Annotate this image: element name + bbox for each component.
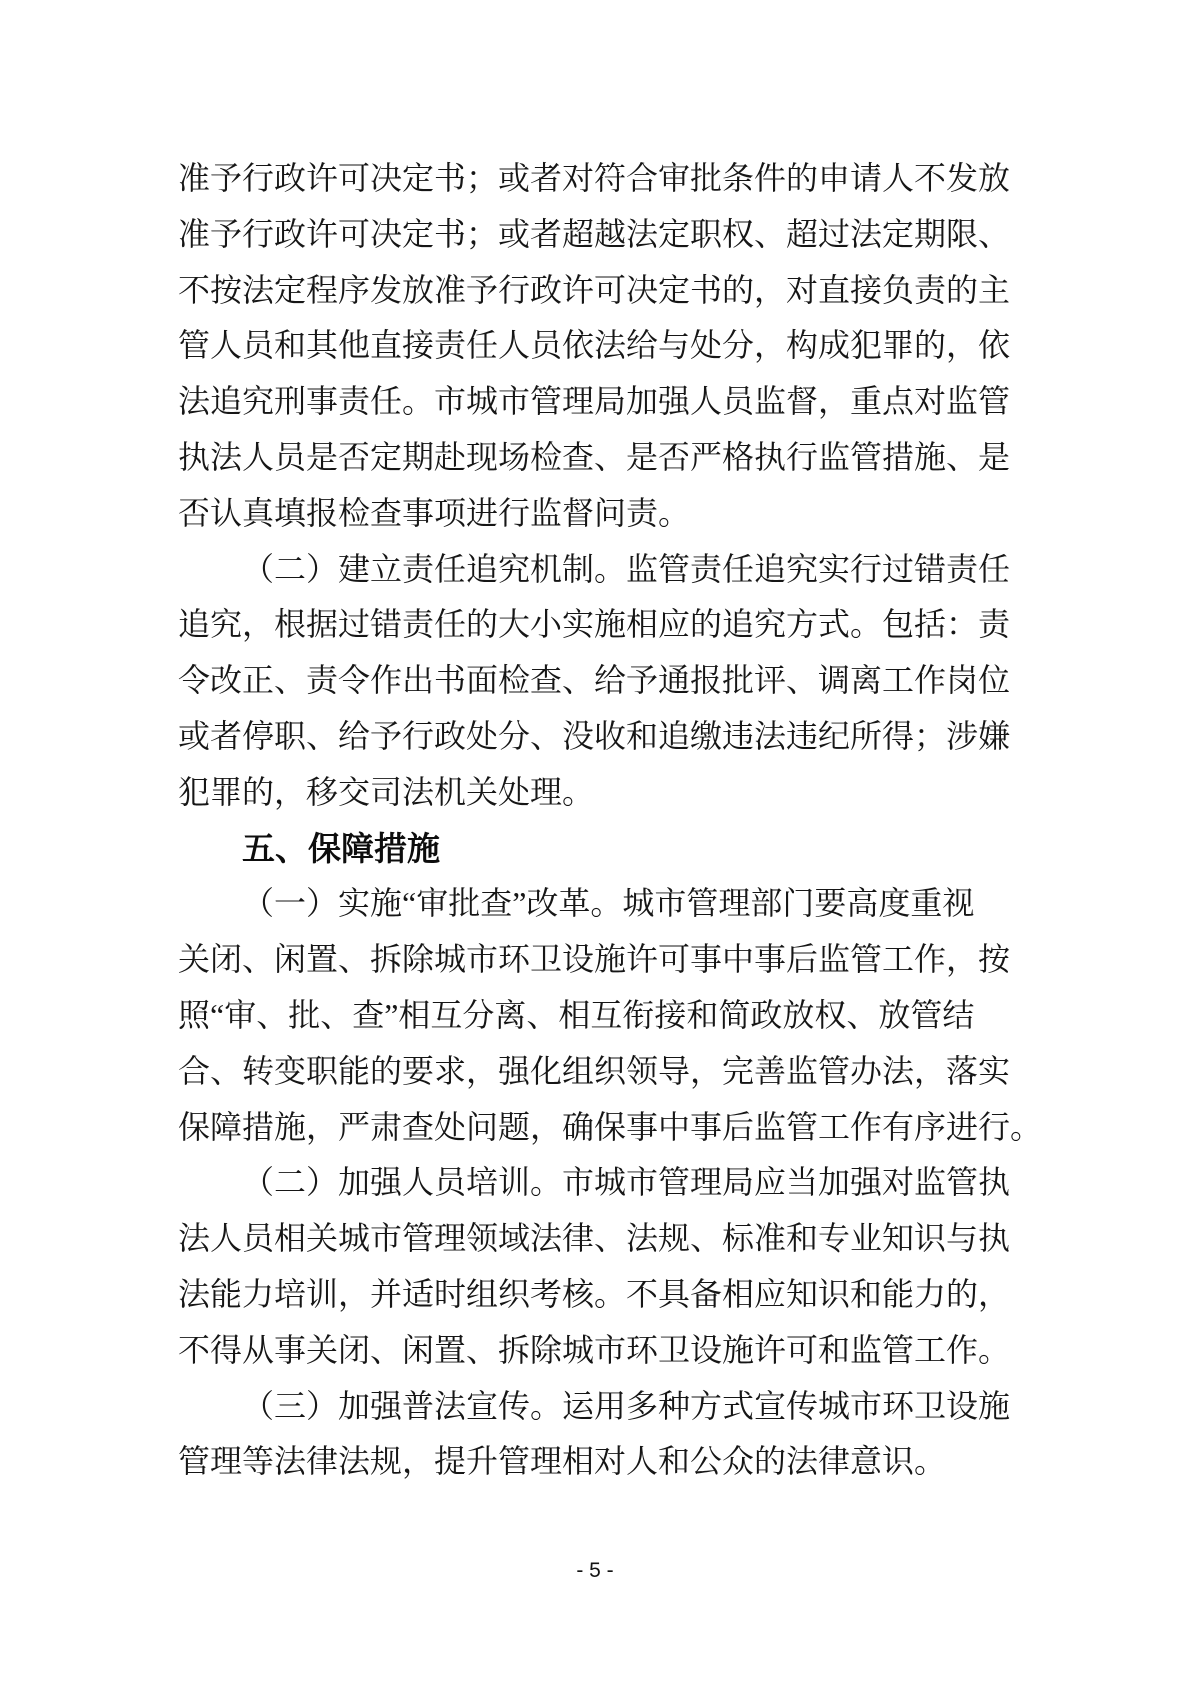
paragraph-line: 准予行政许可决定书；或者对符合审批条件的申请人不发放 bbox=[178, 151, 1014, 207]
paragraph-line: 法追究刑事责任。市城市管理局加强人员监督，重点对监管 bbox=[178, 374, 1014, 430]
document-body: 准予行政许可决定书；或者对符合审批条件的申请人不发放准予行政许可决定书；或者超越… bbox=[178, 151, 1014, 1490]
paragraph-line: 追究，根据过错责任的大小实施相应的追究方式。包括：责 bbox=[178, 597, 1014, 653]
paragraph-line: 犯罪的，移交司法机关处理。 bbox=[178, 765, 1014, 821]
paragraph-line: 不按法定程序发放准予行政许可决定书的，对直接负责的主 bbox=[178, 263, 1014, 319]
paragraph-line: （三）加强普法宣传。运用多种方式宣传城市环卫设施 bbox=[178, 1379, 1014, 1435]
paragraph-line: 令改正、责令作出书面检查、给予通报批评、调离工作岗位 bbox=[178, 653, 1014, 709]
paragraph-line: 或者停职、给予行政处分、没收和追缴违法违纪所得；涉嫌 bbox=[178, 709, 1014, 765]
paragraph-line: 合、转变职能的要求，强化组织领导，完善监管办法，落实 bbox=[178, 1044, 1014, 1100]
paragraph-line: 准予行政许可决定书；或者超越法定职权、超过法定期限、 bbox=[178, 207, 1014, 263]
paragraph-line: （二）加强人员培训。市城市管理局应当加强对监管执 bbox=[178, 1155, 1014, 1211]
paragraph-line: 照“审、批、查”相互分离、相互衔接和简政放权、放管结 bbox=[178, 988, 1014, 1044]
paragraph-line: 法能力培训，并适时组织考核。不具备相应知识和能力的， bbox=[178, 1267, 1014, 1323]
paragraph-line: 不得从事关闭、闲置、拆除城市环卫设施许可和监管工作。 bbox=[178, 1323, 1014, 1379]
paragraph-line: 否认真填报检查事项进行监督问责。 bbox=[178, 486, 1014, 542]
page-number: - 5 - bbox=[576, 1559, 613, 1582]
paragraph-line: （二）建立责任追究机制。监管责任追究实行过错责任 bbox=[178, 542, 1014, 598]
paragraph-line: 管人员和其他直接责任人员依法给与处分，构成犯罪的，依 bbox=[178, 318, 1014, 374]
section-heading: 五、保障措施 bbox=[178, 821, 1014, 877]
paragraph-line: 管理等法律法规，提升管理相对人和公众的法律意识。 bbox=[178, 1434, 1014, 1490]
document-page: 准予行政许可决定书；或者对符合审批条件的申请人不发放准予行政许可决定书；或者超越… bbox=[0, 0, 1190, 1683]
paragraph-line: 法人员相关城市管理领域法律、法规、标准和专业知识与执 bbox=[178, 1211, 1014, 1267]
paragraph-line: 执法人员是否定期赴现场检查、是否严格执行监管措施、是 bbox=[178, 430, 1014, 486]
paragraph-line: 关闭、闲置、拆除城市环卫设施许可事中事后监管工作，按 bbox=[178, 932, 1014, 988]
page-footer: - 5 - bbox=[0, 1558, 1190, 1584]
paragraph-line: （一）实施“审批查”改革。城市管理部门要高度重视 bbox=[178, 876, 1014, 932]
paragraph-line: 保障措施，严肃查处问题，确保事中事后监管工作有序进行。 bbox=[178, 1100, 1014, 1156]
